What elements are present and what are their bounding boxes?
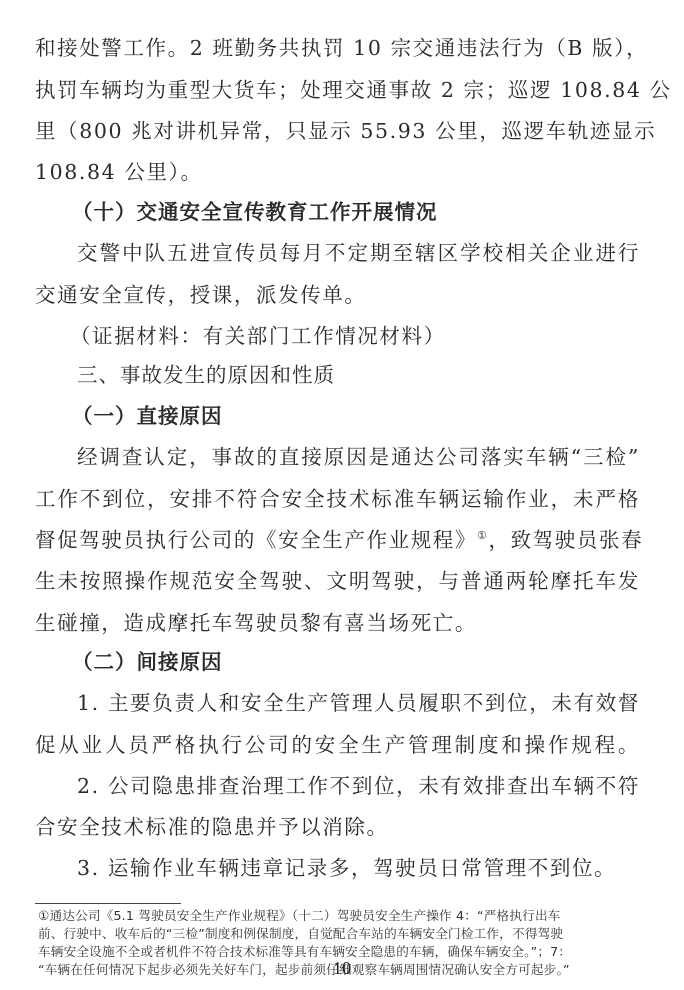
footnote-line: 前、行驶中、收车后的“三检”制度和例保制度，自觉配合车站的车辆安全门检工作，不得… — [38, 925, 642, 943]
subsection-heading: （二）间接原因 — [72, 648, 677, 676]
body-line: 交通安全宣传，授课，派发传单。 — [35, 281, 640, 309]
footnote-reference[interactable]: ① — [477, 529, 488, 542]
document-page: 和接处警工作。2 班勤务共执罚 10 宗交通违法行为（B 版）， 执罚车辆均为重… — [0, 0, 684, 990]
body-line: 生碰撞，造成摩托车驾驶员黎有喜当场死亡。 — [35, 609, 640, 637]
body-line: 经调查认定，事故的直接原因是通达公司落实车辆“三检” — [77, 443, 640, 471]
body-line: 和接处警工作。2 班勤务共执罚 10 宗交通违法行为（B 版）， — [35, 34, 640, 62]
list-item-line: 2. 公司隐患排查治理工作不到位，未有效排查出车辆不符 — [77, 772, 640, 800]
list-item-line: 3. 运输作业车辆违章记录多，驾驶员日常管理不到位。 — [77, 854, 640, 882]
body-line: 执罚车辆均为重型大货车；处理交通事故 2 宗；巡逻 108.84 公 — [35, 76, 640, 104]
footnote-divider — [35, 903, 181, 904]
body-line: 督促驾驶员执行公司的《安全生产作业规程》①，致驾驶员张春 — [35, 526, 640, 554]
evidence-note: （证据材料：有关部门工作情况材料） — [70, 322, 675, 350]
subsection-heading: （十）交通安全宣传教育工作开展情况 — [72, 198, 635, 226]
page-number: 10 — [0, 958, 684, 979]
list-item-line: 促从业人员严格执行公司的安全生产管理制度和操作规程。 — [35, 731, 640, 759]
list-item-line: 1. 主要负责人和安全生产管理人员履职不到位，未有效督 — [77, 689, 640, 717]
body-line: 交警中队五进宣传员每月不定期至辖区学校相关企业进行 — [77, 239, 640, 267]
footnote-line: ①通达公司《5.1 驾驶员安全生产作业规程》（十二）驾驶员安全生产操作 4：“严… — [38, 907, 642, 925]
body-line: 里（800 兆对讲机异常，只显示 55.93 公里，巡逻车轨迹显示 — [35, 117, 640, 145]
body-line: 生未按照操作规范安全驾驶、文明驾驶，与普通两轮摩托车发 — [35, 567, 640, 595]
list-item-line: 合安全技术标准的隐患并予以消除。 — [35, 813, 640, 841]
body-text: 督促驾驶员执行公司的《安全生产作业规程》 — [35, 528, 477, 552]
body-line: 108.84 公里）。 — [35, 158, 640, 186]
body-line: 工作不到位，安排不符合安全技术标准车辆运输作业，未严格 — [35, 485, 640, 513]
body-text: ，致驾驶员张春 — [488, 528, 643, 552]
subsection-heading: （一）直接原因 — [72, 402, 677, 430]
section-heading: 三、事故发生的原因和性质 — [77, 361, 682, 389]
